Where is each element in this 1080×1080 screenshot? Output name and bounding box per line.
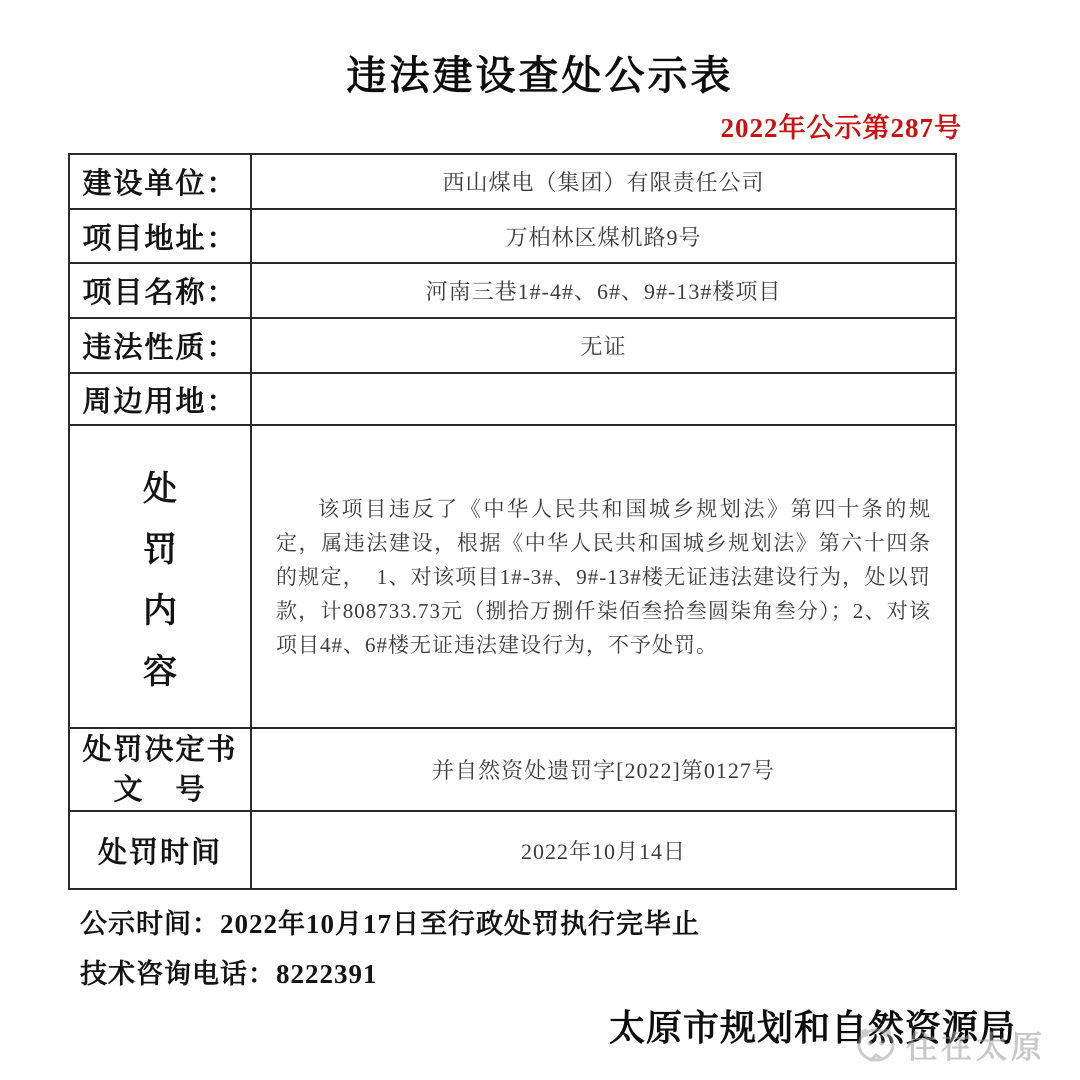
notice-table: 建设单位： 西山煤电（集团）有限责任公司 项目地址： 万柏林区煤机路9号 项目名… (68, 153, 957, 890)
decision-doc-label-line1: 处罚决定书 (82, 730, 237, 770)
punishment-label-char: 处 (143, 461, 177, 510)
row-label-project-address: 项目地址： (70, 210, 252, 262)
row-label-surrounding-land: 周边用地： (70, 374, 252, 424)
table-row-project-name: 项目名称： 河南三巷1#-4#、6#、9#-13#楼项目 (70, 264, 955, 319)
page-title: 违法建设查处公示表 (0, 44, 1080, 101)
row-value-punish-date: 2022年10月14日 (252, 812, 955, 888)
row-label-construction-unit: 建设单位： (70, 155, 252, 208)
row-label-punishment-content: 处 罚 内 容 (70, 426, 252, 727)
row-value-project-address: 万柏林区煤机路9号 (252, 210, 955, 262)
row-label-punish-date: 处罚时间 (70, 812, 252, 888)
row-value-construction-unit: 西山煤电（集团）有限责任公司 (252, 155, 955, 208)
violation-notice-document: 违法建设查处公示表 2022年公示第287号 建设单位： 西山煤电（集团）有限责… (0, 0, 1080, 1080)
table-row-punishment-content: 处 罚 内 容 该项目违反了《中华人民共和国城乡规划法》第四十条的规定，属违法建… (70, 426, 955, 729)
table-row-punish-date: 处罚时间 2022年10月14日 (70, 812, 955, 888)
table-row-project-address: 项目地址： 万柏林区煤机路9号 (70, 210, 955, 264)
row-value-punishment-content: 该项目违反了《中华人民共和国城乡规划法》第四十条的规定，属违法建设，根据《中华人… (252, 426, 955, 727)
table-row-construction-unit: 建设单位： 西山煤电（集团）有限责任公司 (70, 155, 955, 210)
decision-doc-label-line2: 文 号 (113, 770, 206, 810)
publicity-period-line: 公示时间：2022年10月17日至行政处罚执行完毕止 (80, 902, 700, 941)
row-value-surrounding-land (252, 374, 955, 424)
row-label-violation-nature: 违法性质： (70, 319, 252, 372)
punishment-content-paragraph: 该项目违反了《中华人民共和国城乡规划法》第四十条的规定，属违法建设，根据《中华人… (276, 492, 931, 662)
consult-phone-line: 技术咨询电话：8222391 (80, 952, 378, 991)
punishment-label-char: 罚 (143, 522, 177, 571)
table-row-surrounding-land: 周边用地： (70, 374, 955, 426)
row-value-violation-nature: 无证 (252, 319, 955, 372)
row-value-project-name: 河南三巷1#-4#、6#、9#-13#楼项目 (252, 264, 955, 317)
table-row-violation-nature: 违法性质： 无证 (70, 319, 955, 374)
row-label-decision-doc-number: 处罚决定书 文 号 (70, 729, 252, 810)
punishment-label-char: 容 (143, 644, 177, 693)
agency-signature: 太原市规划和自然资源局 (609, 1000, 1016, 1051)
punishment-label-char: 内 (143, 583, 177, 632)
row-label-project-name: 项目名称： (70, 264, 252, 317)
notice-number: 2022年公示第287号 (721, 106, 963, 145)
table-row-decision-doc-number: 处罚决定书 文 号 并自然资处遗罚字[2022]第0127号 (70, 729, 955, 812)
row-value-decision-doc-number: 并自然资处遗罚字[2022]第0127号 (252, 729, 955, 810)
